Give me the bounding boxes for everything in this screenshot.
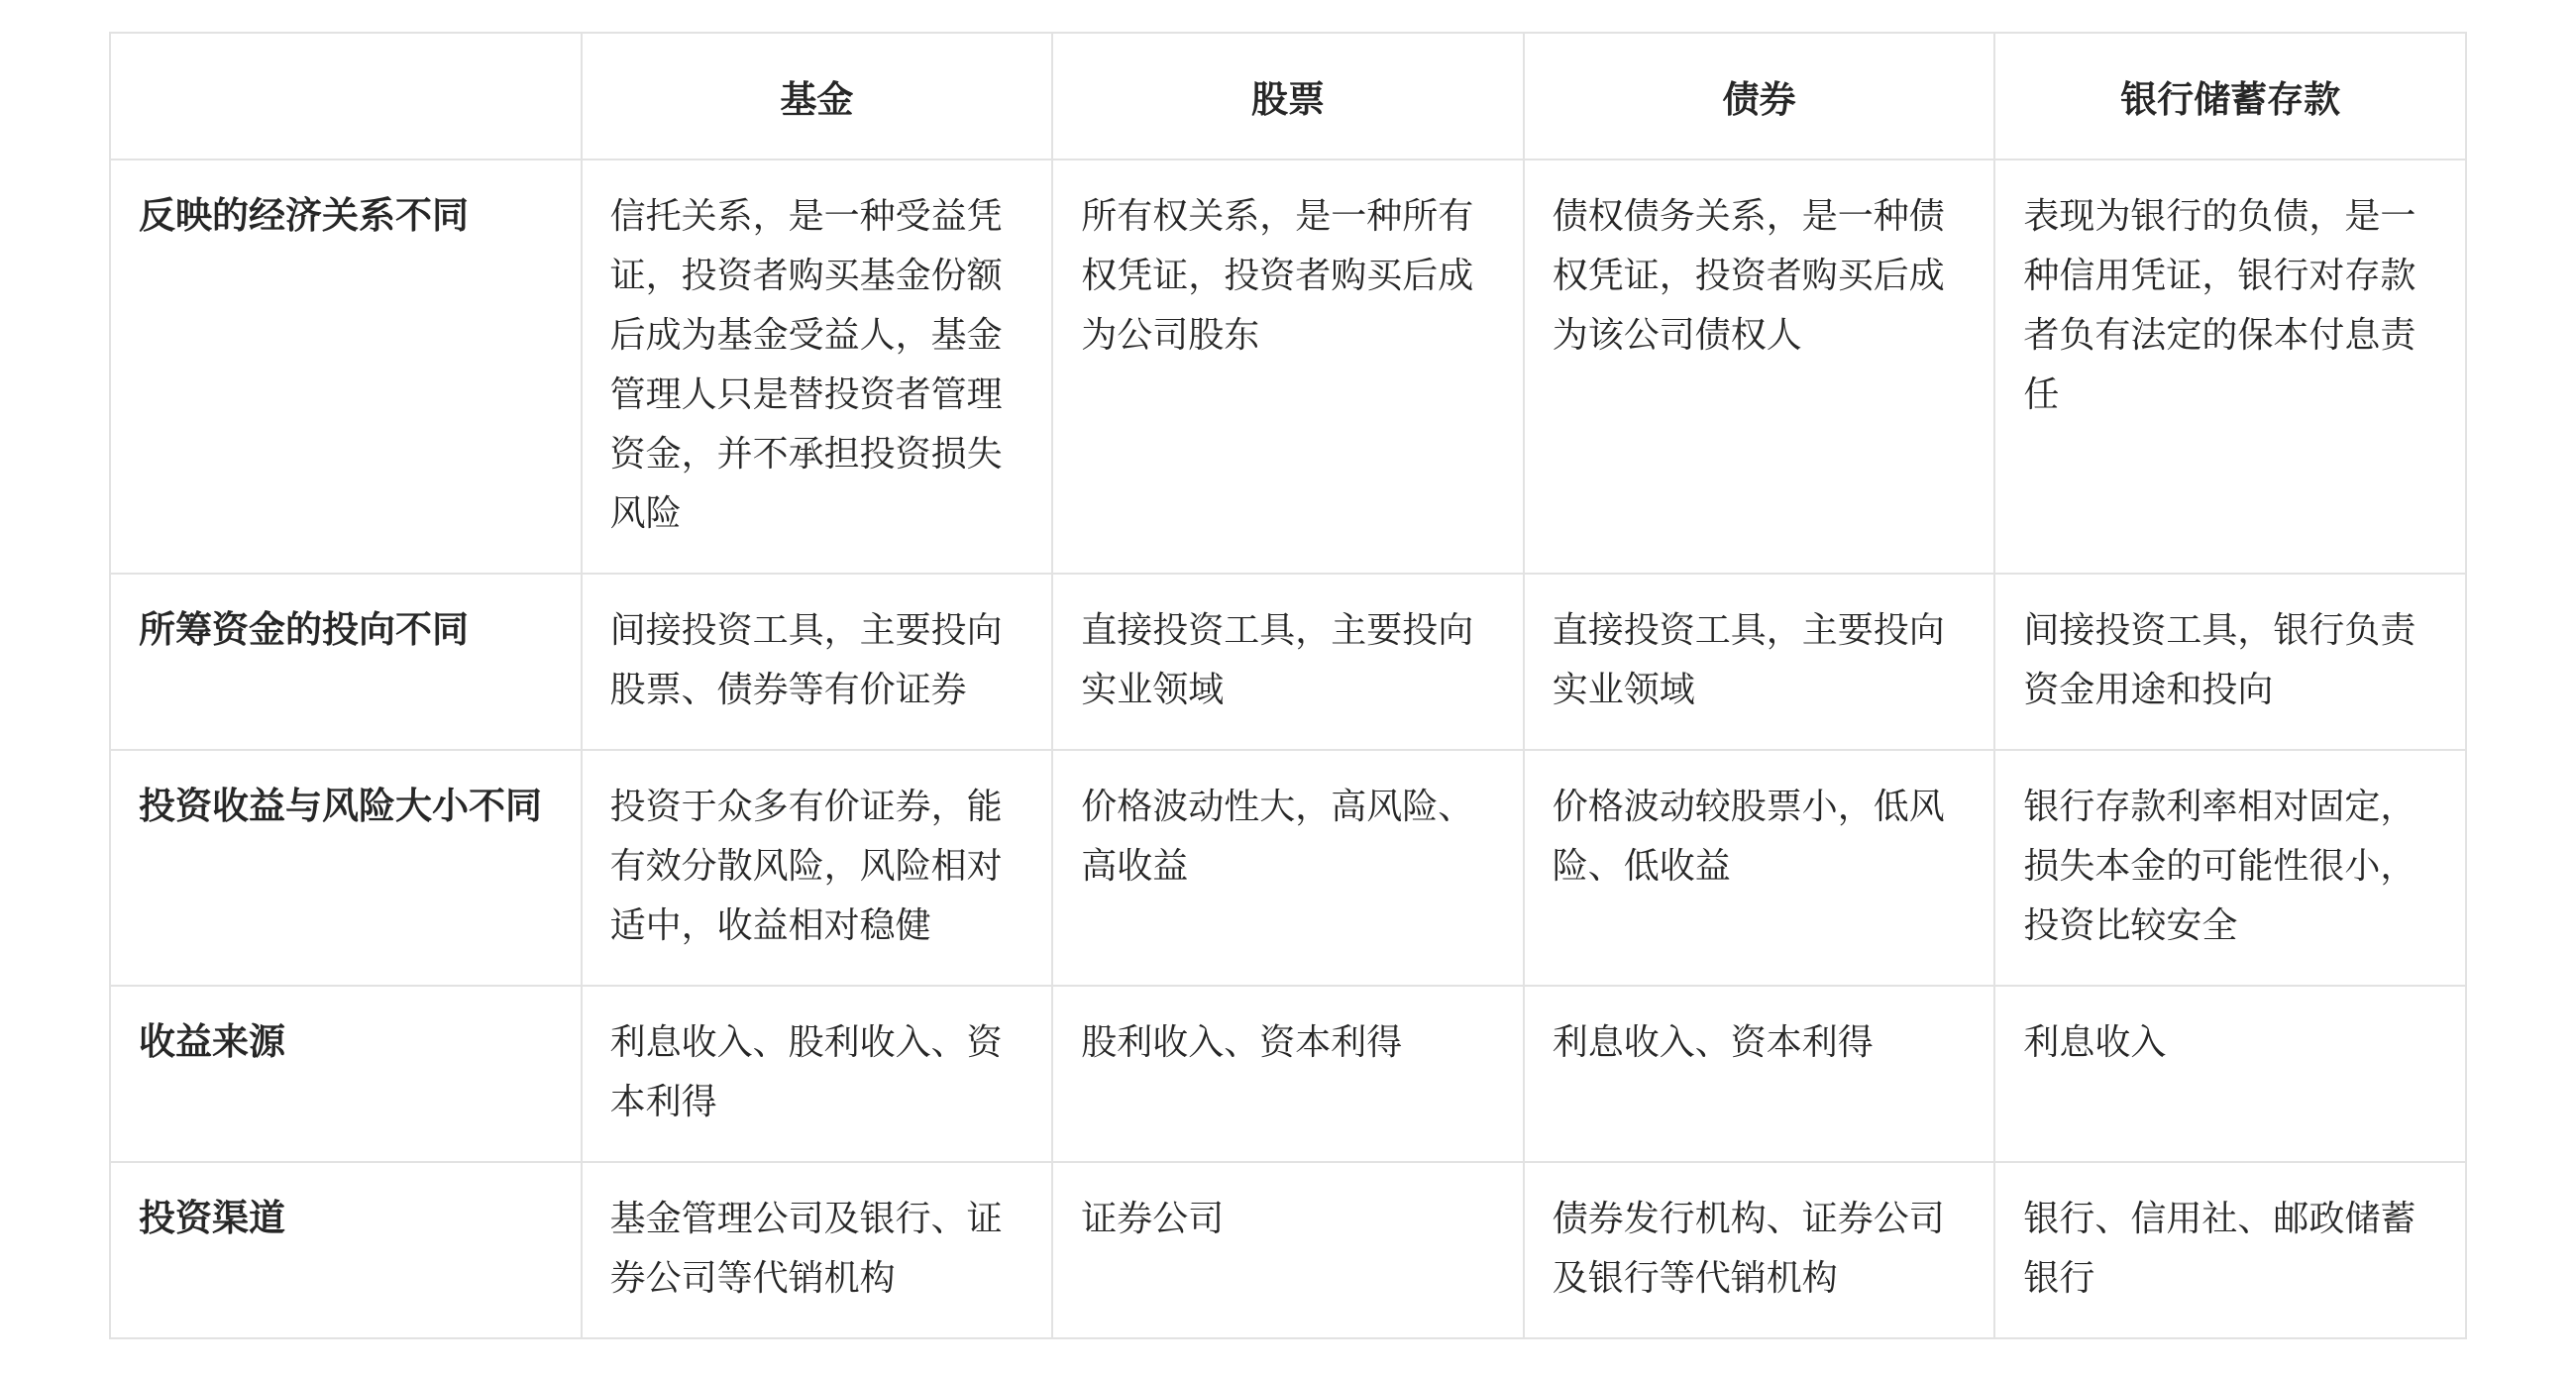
table-cell: 间接投资工具，主要投向股票、债券等有价证券 — [582, 574, 1053, 750]
corner-cell — [110, 33, 582, 159]
table-cell: 证券公司 — [1052, 1162, 1524, 1338]
table-cell: 银行、信用社、邮政储蓄银行 — [1994, 1162, 2466, 1338]
table-cell: 利息收入、股利收入、资本利得 — [582, 986, 1053, 1162]
investment-comparison-table: 基金股票债券银行储蓄存款 反映的经济关系不同信托关系，是一种受益凭证，投资者购买… — [109, 32, 2467, 1339]
page: 基金股票债券银行储蓄存款 反映的经济关系不同信托关系，是一种受益凭证，投资者购买… — [0, 0, 2576, 1375]
table-row: 投资收益与风险大小不同投资于众多有价证券，能有效分散风险，风险相对适中，收益相对… — [110, 750, 2466, 986]
row-label: 反映的经济关系不同 — [110, 159, 582, 574]
table-cell: 直接投资工具，主要投向实业领域 — [1524, 574, 1995, 750]
column-header: 债券 — [1524, 33, 1995, 159]
table-row: 投资渠道基金管理公司及银行、证券公司等代销机构证券公司债券发行机构、证券公司及银… — [110, 1162, 2466, 1338]
table-cell: 银行存款利率相对固定，损失本金的可能性很小，投资比较安全 — [1994, 750, 2466, 986]
column-header: 基金 — [582, 33, 1053, 159]
row-label: 收益来源 — [110, 986, 582, 1162]
table-cell: 基金管理公司及银行、证券公司等代销机构 — [582, 1162, 1053, 1338]
table-cell: 债券发行机构、证券公司及银行等代销机构 — [1524, 1162, 1995, 1338]
table-body: 反映的经济关系不同信托关系，是一种受益凭证，投资者购买基金份额后成为基金受益人，… — [110, 159, 2466, 1338]
table-cell: 信托关系，是一种受益凭证，投资者购买基金份额后成为基金受益人，基金管理人只是替投… — [582, 159, 1053, 574]
header-row: 基金股票债券银行储蓄存款 — [110, 33, 2466, 159]
row-label: 所筹资金的投向不同 — [110, 574, 582, 750]
table-cell: 表现为银行的负债，是一种信用凭证，银行对存款者负有法定的保本付息责任 — [1994, 159, 2466, 574]
table-cell: 直接投资工具，主要投向实业领域 — [1052, 574, 1524, 750]
table-cell: 价格波动性大，高风险、高收益 — [1052, 750, 1524, 986]
table-cell: 股利收入、资本利得 — [1052, 986, 1524, 1162]
column-header: 股票 — [1052, 33, 1524, 159]
table-cell: 利息收入、资本利得 — [1524, 986, 1995, 1162]
table-row: 所筹资金的投向不同间接投资工具，主要投向股票、债券等有价证券直接投资工具，主要投… — [110, 574, 2466, 750]
table-cell: 利息收入 — [1994, 986, 2466, 1162]
column-header: 银行储蓄存款 — [1994, 33, 2466, 159]
table-cell: 间接投资工具，银行负责资金用途和投向 — [1994, 574, 2466, 750]
row-label: 投资收益与风险大小不同 — [110, 750, 582, 986]
table-header: 基金股票债券银行储蓄存款 — [110, 33, 2466, 159]
table-row: 收益来源利息收入、股利收入、资本利得股利收入、资本利得利息收入、资本利得利息收入 — [110, 986, 2466, 1162]
table-cell: 价格波动较股票小，低风险、低收益 — [1524, 750, 1995, 986]
comparison-table-container: 基金股票债券银行储蓄存款 反映的经济关系不同信托关系，是一种受益凭证，投资者购买… — [109, 32, 2467, 1339]
table-cell: 债权债务关系，是一种债权凭证，投资者购买后成为该公司债权人 — [1524, 159, 1995, 574]
row-label: 投资渠道 — [110, 1162, 582, 1338]
table-row: 反映的经济关系不同信托关系，是一种受益凭证，投资者购买基金份额后成为基金受益人，… — [110, 159, 2466, 574]
table-cell: 投资于众多有价证券，能有效分散风险，风险相对适中，收益相对稳健 — [582, 750, 1053, 986]
table-cell: 所有权关系，是一种所有权凭证，投资者购买后成为公司股东 — [1052, 159, 1524, 574]
